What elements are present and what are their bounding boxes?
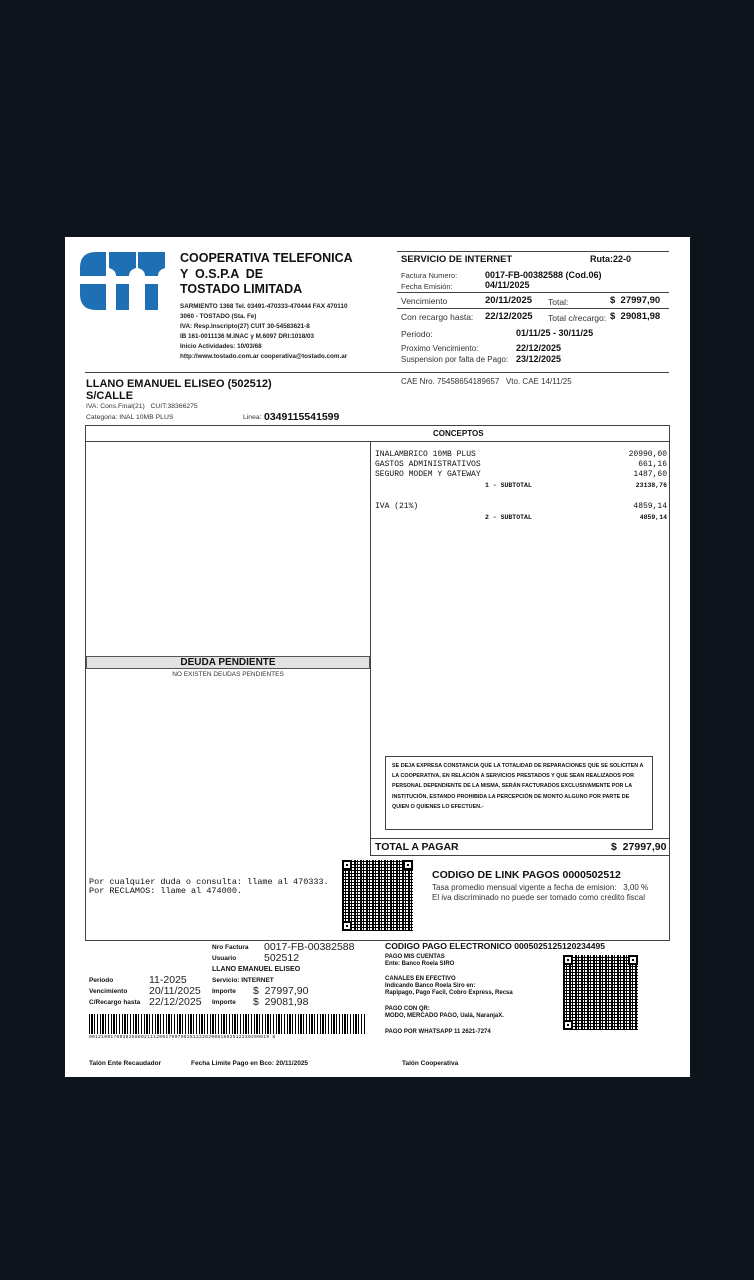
concept-row: SEGURO MODEM Y GATEWAY1487,60 <box>375 470 667 479</box>
contact-info: Por cualquier duda o consulta: llame al … <box>89 878 329 896</box>
total-value: $ 27997,90 <box>610 295 660 306</box>
customer-categoria: Categoria: INAL 10MB PLUS <box>86 414 173 421</box>
recargo-label: Con recargo hasta: <box>401 312 473 322</box>
pago-qr: PAGO CON QR: MODO, MERCADO PAGO, Ualá, N… <box>385 1006 504 1020</box>
tasa-text: Tasa promedio mensual vigente a fecha de… <box>432 883 648 892</box>
talon-coop: Talón Cooperativa <box>402 1060 458 1067</box>
electronic-title: CODIGO PAGO ELECTRONICO 0005025125120234… <box>385 941 605 951</box>
stub-importe-label-1: Importe <box>212 988 236 995</box>
service-title: SERVICIO DE INTERNET <box>401 254 512 265</box>
concept-row: GASTOS ADMINISTRATIVOS661,16 <box>375 460 667 469</box>
ctt-logo-icon <box>80 252 165 310</box>
iva-row: IVA (21%)4859,14 <box>375 502 667 511</box>
total-pagar-label: TOTAL A PAGAR <box>375 841 459 853</box>
debt-text: NO EXISTEN DEUDAS PENDIENTES <box>86 671 370 678</box>
payment-barcode <box>89 1014 365 1034</box>
qr-code-contact <box>342 860 413 931</box>
cae-info: CAE Nro. 75458654189657 Vto. CAE 14/11/2… <box>401 377 572 386</box>
customer-address: S/CALLE <box>86 390 133 402</box>
stub-vencimiento-label: Vencimiento <box>89 988 127 995</box>
periodo-label: Periodo: <box>401 329 433 339</box>
invoice-page: COOPERATIVA TELEFONICA Y O.S.P.A DE TOST… <box>65 237 690 1077</box>
subtotal-1-row: 1 - SUBTOTAL23138,76 <box>375 482 667 489</box>
company-info: SARMIENTO 1368 Tel. 03491-470333-470444 … <box>180 302 347 362</box>
stub-nro-factura-label: Nro Factura <box>212 944 248 951</box>
total-recargo-label: Total c/recargo: <box>548 313 606 323</box>
stub-importe-2: $ 29081,98 <box>253 996 308 1008</box>
barcode-digits: 0012100170038258802111200279979025122202… <box>89 1035 365 1040</box>
periodo-value: 01/11/25 - 30/11/25 <box>516 328 593 338</box>
talon-ente: Talón Ente Recaudador <box>89 1060 161 1067</box>
stub-servicio: Servicio: INTERNET <box>212 977 274 984</box>
vencimiento-value: 20/11/2025 <box>485 295 532 306</box>
stub-name: LLANO EMANUEL ELISEO <box>212 966 300 973</box>
total-recargo-value: $ 29081,98 <box>610 311 660 322</box>
concepts-header: CONCEPTOS <box>433 429 484 438</box>
linea-value: 0349115541599 <box>264 411 339 423</box>
suspension-label: Suspension por falta de Pago: <box>401 355 508 364</box>
customer-name: LLANO EMANUEL ELISEO (502512) <box>86 379 272 390</box>
recargo-value: 22/12/2025 <box>485 311 533 322</box>
emision-value: 04/11/2025 <box>485 280 530 290</box>
total-pagar-value: $ 27997,90 <box>611 841 666 853</box>
debt-header: DEUDA PENDIENTE <box>86 657 370 668</box>
pago-whatsapp: PAGO POR WHATSAPP 11 2621-7274 <box>385 1029 491 1035</box>
link-pagos-title: CODIGO DE LINK PAGOS 0000502512 <box>432 869 621 881</box>
total-label: Total: <box>548 297 568 307</box>
company-name: COOPERATIVA TELEFONICA Y O.S.P.A DE TOST… <box>180 251 353 298</box>
subtotal-2-row: 2 - SUBTOTAL4859,14 <box>375 514 667 521</box>
stub-periodo-label: Periodo <box>89 977 113 984</box>
stub-importe-label-2: Importe <box>212 999 236 1006</box>
qr-code-payment <box>563 955 638 1030</box>
ruta: Ruta:22-0 <box>590 254 631 264</box>
emision-label: Fecha Emisión: <box>401 282 453 291</box>
concept-row: INALAMBRICO 10MB PLUS20990,00 <box>375 450 667 459</box>
stub-recargo-value: 22/12/2025 <box>149 996 202 1008</box>
pago-mis-cuentas: PAGO MIS CUENTAS Ente: Banco Roela SIRO <box>385 954 454 968</box>
vencimiento-label: Vencimiento <box>401 296 447 306</box>
factura-value: 0017-FB-00382588 (Cod.06) <box>485 270 602 280</box>
prox-venc-value: 22/12/2025 <box>516 343 561 353</box>
customer-iva: IVA: Cons.Final(21) CUIT:38366275 <box>86 403 198 410</box>
suspension-value: 23/12/2025 <box>516 354 561 364</box>
stub-usuario-value: 502512 <box>264 952 299 964</box>
factura-label: Factura Numero: <box>401 271 457 280</box>
repairs-notice: SE DEJA EXPRESA CONSTANCIA QUE LA TOTALI… <box>385 756 653 830</box>
canales-efectivo: CANALES EN EFECTIVO Indicando Banco Roel… <box>385 976 513 997</box>
linea-label: Linea: <box>243 414 262 421</box>
stub-recargo-label: C/Recargo hasta <box>89 999 140 1006</box>
fecha-limite: Fecha Limite Pago en Bco: 20/11/2025 <box>191 1060 308 1067</box>
stub-usuario-label: Usuario <box>212 955 236 962</box>
iva-note: El iva discriminado no puede ser tomado … <box>432 893 645 902</box>
prox-venc-label: Proximo Vencimiento: <box>401 344 478 353</box>
